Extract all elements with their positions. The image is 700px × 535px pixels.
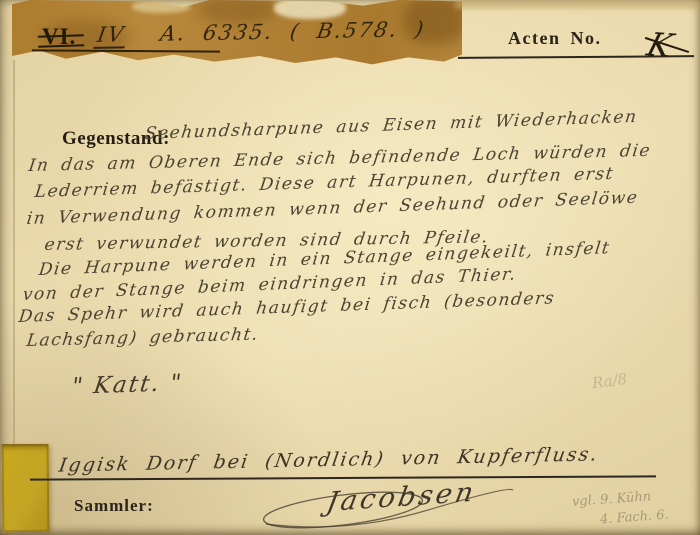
catalog-number-roman: IV (93, 22, 129, 49)
acten-no-label: Acten No. (508, 28, 601, 49)
paper-fold-line (13, 60, 15, 490)
pencil-note: vgl. 9. Kühn (572, 489, 652, 509)
archive-card: VI. IV A. 6335. ( B.578. ) Acten No. K G… (0, 0, 700, 535)
pencil-shelf-mark: Ra/8 (591, 370, 628, 393)
locality-entry: Iggisk Dorf bei (Nordlich) von Kupferflu… (57, 443, 600, 476)
description-line: Seehundsharpune aus Eisen mit Wiederhack… (144, 107, 639, 144)
catalog-number-rest: A. 6335. ( B.578. ) (159, 17, 428, 46)
sammler-label: Sammler: (74, 496, 154, 516)
top-edge-smudge (455, 0, 700, 9)
strikethrough-marks (38, 34, 84, 48)
tape-torn-gap (274, 0, 346, 19)
native-name: " Katt. " (70, 370, 185, 400)
tape-torn-gap (132, 0, 190, 13)
yellow-tape-patch (2, 444, 50, 532)
description-line: Lachsfang) gebraucht. (25, 325, 260, 351)
pencil-note: 4. Fach. 6. (600, 508, 670, 528)
